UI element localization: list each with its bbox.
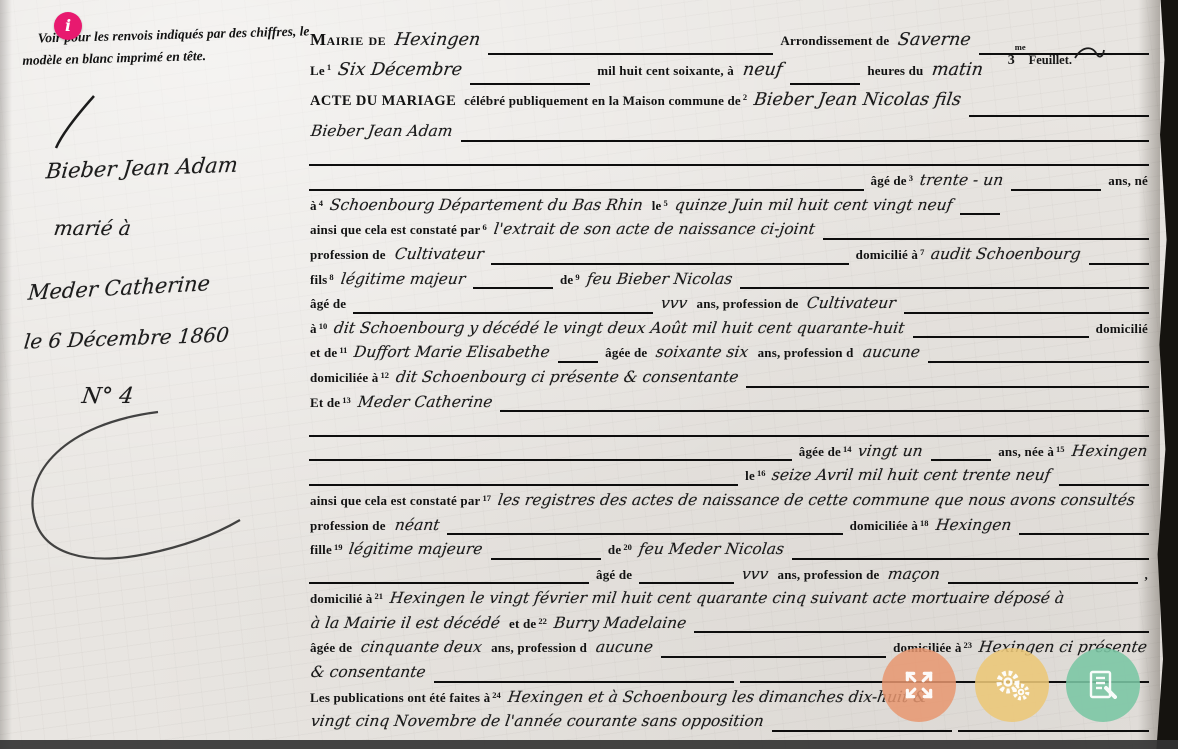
blank-rule: [790, 67, 860, 85]
blank-rule: [309, 566, 589, 584]
superscript-ref: 3: [909, 173, 913, 183]
superscript-ref: 23: [964, 640, 973, 650]
handwritten-entry: Hexingen: [1065, 442, 1152, 460]
superscript-ref: 10: [319, 321, 328, 331]
form-line: fille19légitime majeurede20feu Meder Nic…: [306, 540, 1152, 565]
blank-rule: [928, 345, 1149, 363]
handwritten-entry: trente - un: [914, 171, 1010, 189]
handwritten-entry: légitime majeur: [334, 270, 471, 288]
handwritten-entry: vvv: [655, 294, 694, 312]
printed-label: ans, profession de: [774, 567, 884, 583]
bottom-bar: [0, 740, 1178, 749]
blank-rule: [823, 222, 1149, 240]
printed-label: ainsi que cela est constaté par: [306, 222, 485, 238]
superscript-ref: 21: [375, 591, 384, 601]
feuillet-flourish-mark: [1072, 44, 1106, 64]
handwritten-entry: néant: [388, 516, 445, 534]
superscript-ref: 1: [327, 62, 331, 72]
handwritten-entry: aucune: [856, 343, 926, 361]
form-line: domicilié à21Hexingen le vingt février m…: [306, 589, 1152, 614]
blank-rule: [960, 197, 1000, 215]
printed-label: ans, profession d: [487, 640, 591, 656]
margin-groom-name: Bieber Jean Adam: [45, 153, 239, 184]
superscript-ref: 11: [339, 345, 347, 355]
handwritten-entry: Schoenbourg Département du Bas Rhin: [324, 196, 649, 214]
form-line: profession denéantdomiciliée à18Hexingen: [306, 516, 1152, 541]
form-header-line-3: ACTE DU MARIAGE célébré publiquement en …: [306, 90, 1152, 122]
form-line: [306, 147, 1152, 172]
blank-rule: [746, 370, 1149, 388]
printed-label: fils: [306, 272, 331, 288]
feuillet-number: 3: [1008, 53, 1015, 69]
blank-rule: [904, 296, 1149, 314]
printed-label: âgé de: [867, 173, 911, 189]
blank-rule: [309, 173, 864, 191]
handwritten-entry: Duffort Marie Elisabethe: [348, 343, 556, 361]
printed-label: ans, née à: [994, 444, 1058, 460]
hour-label: heures du: [863, 63, 927, 79]
superscript-ref: 19: [334, 542, 343, 552]
blank-rule: [309, 468, 738, 486]
superscript-ref: 9: [575, 272, 579, 282]
form-line: âgée de14vingt unans, née à15Hexingen: [306, 442, 1152, 467]
handwritten-entry: maçon: [882, 565, 946, 583]
printed-label: et de: [306, 345, 341, 361]
handwritten-entry: vingt un: [852, 442, 929, 460]
superscript-ref: 15: [1056, 444, 1065, 454]
register-viewer: i Voir pour les renvois indiqués par des…: [0, 0, 1178, 749]
blank-rule: [309, 419, 1149, 437]
handwritten-entry: & consentante: [306, 663, 432, 681]
blank-rule: [661, 640, 886, 658]
blank-rule: [558, 345, 598, 363]
printed-label: âgé de: [592, 567, 636, 583]
blank-rule: [500, 394, 1149, 412]
superscript-ref: 22: [538, 616, 547, 626]
blank-rule: [792, 542, 1149, 560]
handwritten-entry: audit Schoenbourg: [925, 245, 1087, 263]
printed-label: domiciliée à: [306, 370, 382, 386]
handwritten-entry: Cultivateur: [388, 245, 489, 263]
printed-label: domicilié: [1092, 321, 1152, 337]
form-body: Bieber Jean Adamâgé de3trente - unans, n…: [306, 122, 1152, 737]
blank-rule: [948, 566, 1137, 584]
ink-stroke-mark: [48, 92, 108, 152]
blank-rule: [1059, 468, 1149, 486]
printed-label: Les publications ont été faites à: [306, 690, 494, 706]
blank-rule: [434, 665, 734, 683]
handwritten-entry: à la Mairie il est décédé: [306, 614, 506, 632]
blank-rule: [488, 37, 773, 55]
form-line: à10dit Schoenbourg y décédé le vingt deu…: [306, 319, 1152, 344]
feuillet-counter: 3 me Feuillet.: [1008, 44, 1106, 69]
act-date-value: Six Décembre: [332, 60, 469, 80]
blank-rule: [470, 67, 590, 85]
printed-label: fille: [306, 542, 336, 558]
handwritten-entry: Hexingen: [929, 516, 1017, 534]
handwritten-entry: légitime majeure: [343, 540, 489, 558]
fullscreen-button[interactable]: [882, 648, 956, 722]
hour-period-value: matin: [926, 60, 990, 80]
form-line: âgé devvvans, profession deCultivateur: [306, 294, 1152, 319]
printed-label: ans, profession d: [754, 345, 858, 361]
document-list-icon: [1086, 668, 1120, 702]
blank-rule: [447, 517, 842, 535]
acte-text: célébré publiquement en la Maison commun…: [460, 93, 745, 109]
superscript-ref: 24: [492, 690, 501, 700]
info-button[interactable]: i: [54, 12, 82, 40]
superscript-ref: 18: [920, 518, 929, 528]
printed-label: ans, né: [1104, 173, 1152, 189]
blank-rule: [309, 443, 792, 461]
arrondissement-value: Saverne: [892, 30, 977, 50]
handwritten-entry: aucune: [590, 638, 660, 656]
blank-rule: [461, 124, 1149, 142]
printed-label: profession de: [306, 247, 390, 263]
form-line: âgé de3trente - unans, né: [306, 171, 1152, 196]
feuillet-label: Feuillet.: [1029, 53, 1072, 68]
handwritten-entry: vvv: [736, 565, 775, 583]
superscript-ref: 2: [743, 92, 747, 102]
mairie-label: Mairie de: [306, 30, 390, 50]
blank-rule: [309, 148, 1149, 166]
blank-rule: [740, 271, 1149, 289]
superscript-ref: 8: [329, 272, 333, 282]
form-line: domiciliée à12dit Schoenbourg ci présent…: [306, 368, 1152, 393]
handwritten-entry: Cultivateur: [801, 294, 902, 312]
handwritten-entry: vingt cinq Novembre de l'année courante …: [306, 712, 770, 730]
year-label: mil huit cent soixante, à: [593, 63, 738, 79]
gears-icon: [992, 667, 1032, 703]
form-line: le16seize Avril mil huit cent trente neu…: [306, 466, 1152, 491]
printed-label: domicilié à: [306, 591, 377, 607]
blank-rule: [353, 296, 653, 314]
blank-rule: [1011, 173, 1101, 191]
margin-bride-name: Meder Catherine: [27, 271, 211, 305]
superscript-ref: 7: [920, 247, 924, 257]
record-index-button[interactable]: [1066, 648, 1140, 722]
blank-rule: [1019, 517, 1149, 535]
blank-rule: [1089, 247, 1149, 265]
superscript-ref: 13: [342, 395, 351, 405]
form-line: [306, 417, 1152, 442]
blank-rule: [969, 99, 1149, 117]
form-line: à la Mairie il est décédéet de22Burry Ma…: [306, 614, 1152, 639]
info-icon: i: [65, 18, 71, 34]
handwritten-entry: cinquante deux: [355, 638, 488, 656]
acte-de-mariage-form: Mairie de Hexingen Arrondissement de Sav…: [306, 30, 1152, 737]
acte-title: ACTE DU MARIAGE: [306, 93, 460, 110]
printed-label: de: [556, 272, 577, 288]
blank-rule: [491, 247, 848, 265]
printed-label: domicilié à: [852, 247, 923, 263]
handwritten-entry: dit Schoenbourg ci présente & consentant…: [390, 368, 745, 386]
blank-rule: [491, 542, 601, 560]
handwritten-entry: quinze Juin mil huit cent vingt neuf: [669, 196, 959, 214]
margin-married-to: marié à: [52, 216, 132, 240]
mairie-value: Hexingen: [389, 30, 487, 50]
superscript-ref: 17: [483, 493, 492, 503]
printed-label: âgé de: [306, 296, 350, 312]
handwritten-entry: Hexingen le vingt février mil huit cent …: [384, 589, 1071, 607]
hour-value: neuf: [737, 60, 789, 80]
superscript-ref: 20: [623, 542, 632, 552]
commune-value: Bieber Jean Nicolas fils: [748, 90, 968, 110]
superscript-ref: 6: [483, 222, 487, 232]
printed-label: Et de: [306, 395, 344, 411]
printed-label: âgée de: [306, 640, 356, 656]
handwritten-entry: feu Meder Nicolas: [633, 540, 791, 558]
superscript-ref: 5: [664, 198, 668, 208]
printed-label: profession de: [306, 518, 390, 534]
blank-rule: [639, 566, 734, 584]
superscript-ref: 16: [757, 468, 766, 478]
superscript-ref: 14: [843, 444, 852, 454]
handwritten-entry: Bieber Jean Adam: [306, 122, 459, 140]
expand-arrows-icon: [901, 667, 937, 703]
form-line: profession deCultivateurdomicilié à7audi…: [306, 245, 1152, 270]
printed-label: et de: [505, 616, 540, 632]
handwritten-entry: les registres des actes de naissance de …: [492, 491, 1141, 509]
handwritten-entry: soixante six: [650, 343, 755, 361]
handwritten-entry: l'extrait de son acte de naissance ci-jo…: [487, 220, 820, 238]
handwritten-entry: Burry Madelaine: [548, 614, 693, 632]
handwritten-entry: dit Schoenbourg y décédé le vingt deux A…: [328, 319, 911, 337]
form-line: et de11Duffort Marie Elisabetheâgée deso…: [306, 343, 1152, 368]
blank-rule: [931, 443, 991, 461]
handwritten-entry: seize Avril mil huit cent trente neuf: [766, 466, 1057, 484]
handwritten-entry: feu Bieber Nicolas: [580, 270, 738, 288]
feuillet-sup: me: [1015, 42, 1026, 52]
settings-button[interactable]: [975, 648, 1049, 722]
margin-flourish: [8, 404, 258, 579]
form-line: Bieber Jean Adam: [306, 122, 1152, 147]
margin-date: le 6 Décembre 1860: [23, 322, 230, 353]
printed-label: âgée de: [601, 345, 651, 361]
le-label: Le: [306, 63, 329, 79]
blank-rule: [913, 320, 1089, 338]
superscript-ref: 12: [380, 370, 389, 380]
form-line: ainsi que cela est constaté par17les reg…: [306, 491, 1152, 516]
handwritten-entry: Meder Catherine: [351, 393, 498, 411]
printed-label: ,: [1141, 567, 1152, 583]
printed-label: ainsi que cela est constaté par: [306, 493, 485, 509]
form-line: âgé devvvans, profession demaçon,: [306, 565, 1152, 590]
printed-label: âgée de: [795, 444, 845, 460]
superscript-ref: 4: [319, 198, 323, 208]
printed-label: de: [604, 542, 625, 558]
form-line: fils8légitime majeurde9feu Bieber Nicola…: [306, 270, 1152, 295]
arrondissement-label: Arrondissement de: [776, 33, 893, 49]
form-line: à4Schoenbourg Département du Bas Rhinle5…: [306, 196, 1152, 221]
blank-rule: [694, 615, 1149, 633]
printed-label: domiciliée à: [846, 518, 922, 534]
blank-rule: [473, 271, 553, 289]
printed-label: ans, profession de: [693, 296, 803, 312]
form-line: Et de13Meder Catherine: [306, 393, 1152, 418]
handwritten-entry: Hexingen et à Schoenbourg les dimanches …: [502, 688, 934, 706]
form-line: ainsi que cela est constaté par6l'extrai…: [306, 220, 1152, 245]
